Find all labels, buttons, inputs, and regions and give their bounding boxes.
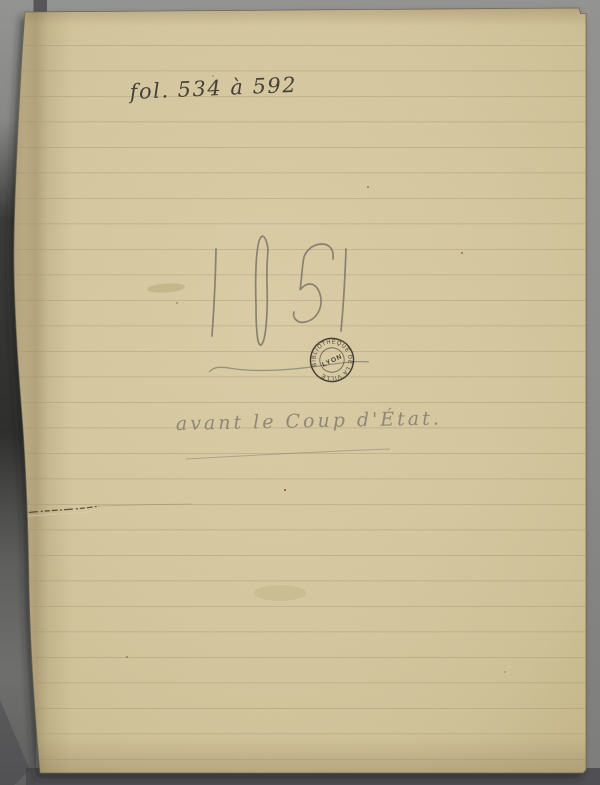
paper-surface-detail: fol. 534 à 592 1851 BIBLIOTHEQUE DE LA V… bbox=[10, 6, 590, 776]
scanned-manuscript-cover: fol. 534 à 592 1851 BIBLIOTHEQUE DE LA V… bbox=[0, 0, 600, 785]
scan-canvas: fol. 534 à 592 1851 BIBLIOTHEQUE DE LA V… bbox=[0, 0, 600, 785]
paper-grain-texture bbox=[10, 6, 590, 776]
